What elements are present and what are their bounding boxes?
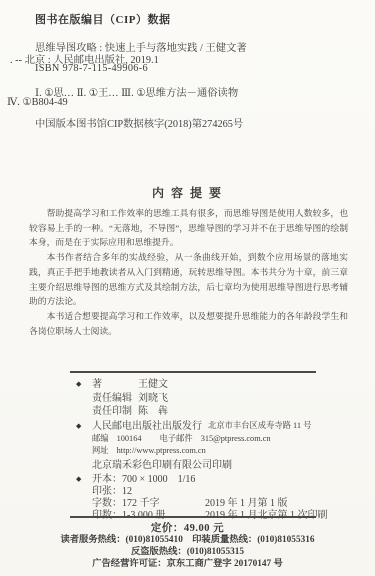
website-row: 网址http://www.ptpress.com.cn [76,444,367,456]
email-label: 电子邮件 [160,434,193,443]
website-value: http://www.ptpress.com.cn [117,446,206,455]
cip-classification-line-2: Ⅳ. ①B804-49 [7,96,68,108]
credit-row-author: ◆著王健文 [76,375,367,390]
diamond-bullet-icon: ◆ [76,380,92,388]
cip-header: 图书在版编目（CIP）数据 [35,11,170,27]
author-label: 著 [92,375,138,390]
publisher-address: 北京市丰台区成寿寺路 11 号 [208,419,311,431]
divider-bottom [70,516,316,518]
publisher-line: 人民邮电出版社出版发行 [92,421,202,432]
postcode-value: 100164 [117,434,142,443]
website-label: 网址 [92,446,109,455]
printer-name: 陈 犇 [138,406,168,417]
printing-company-row: 北京瑞禾彩色印刷有限公司印刷 [76,456,367,471]
postcode-label: 邮编 [92,434,109,443]
email-value: 315@ptpress.com.cn [201,434,271,443]
book-copyright-page: 图书在版编目（CIP）数据 思维导图攻略 : 快速上手与落地实践 / 王健文著 … [0,0,375,576]
summary-paragraph: 帮助提高学习和工作效率的思维工具有很多，而思维导图是使用人数较多，也较容易上手的… [29,206,348,250]
ad-license: 广告经营许可证：京东工商广登字 20170147 号 [0,555,375,569]
publisher-row: ◆人民邮电出版社出版发行 北京市丰台区成寿寺路 11 号 [76,417,367,432]
diamond-bullet-icon: ◆ [76,422,92,430]
divider-top [70,371,316,373]
summary-title: 内 容 提 要 [0,184,375,201]
printer-label: 责任印制 [92,402,138,417]
cip-record-number: 中国版本图书馆CIP数据核字(2018)第274265号 [35,115,243,130]
summary-paragraph: 本书作者结合多年的实战经验，从一条曲线开始，到数个应用场景的落地实践，真正手把手… [29,250,348,309]
summary-paragraph: 本书适合想要提高学习和工作效率，以及想要提升思维能力的各年龄段学生和各岗位职场人… [29,309,348,338]
cip-isbn-line: ISBN 978-7-115-49906-6 [35,63,148,74]
credit-row-printer: 责任印制陈 犇 [76,402,367,417]
postcode-email-row: 邮编100164电子邮件315@ptpress.com.cn [76,432,367,444]
summary-body: 帮助提高学习和工作效率的思维工具有很多，而思维导图是使用人数较多，也较容易上手的… [29,206,348,338]
